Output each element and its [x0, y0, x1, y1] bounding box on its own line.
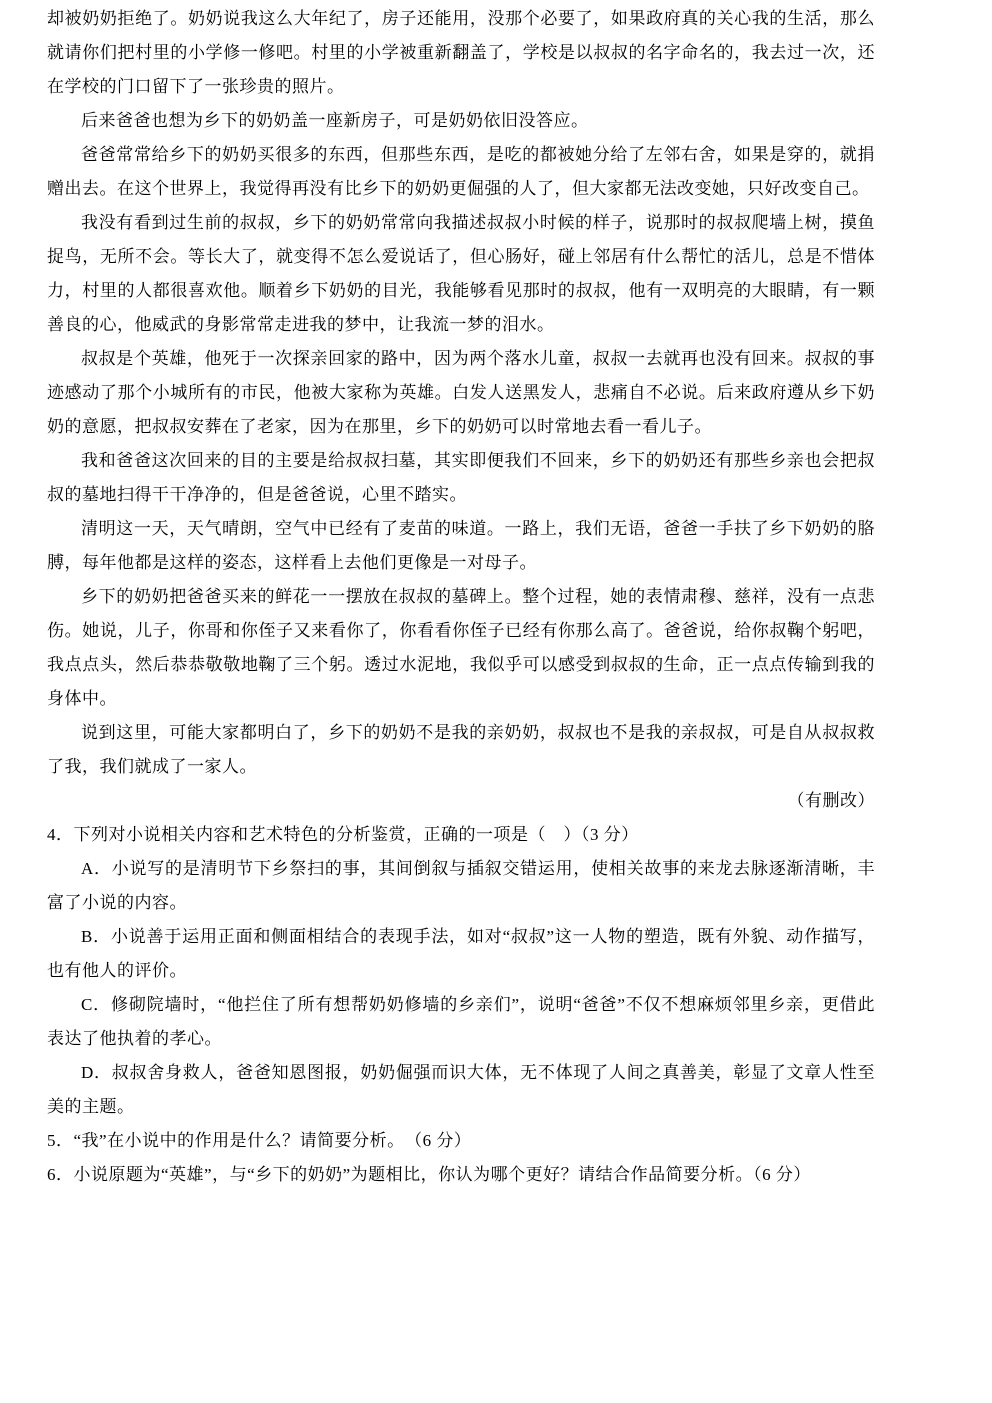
passage-paragraph-1: 却被奶奶拒绝了。奶奶说我这么大年纪了，房子还能用，没那个必要了，如果政府真的关心… [47, 2, 875, 104]
passage-paragraph-8: 乡下的奶奶把爸爸买来的鲜花一一摆放在叔叔的墓碑上。整个过程，她的表情肃穆、慈祥，… [47, 580, 875, 716]
question-4-option-a: A．小说写的是清明节下乡祭扫的事，其间倒叙与插叙交错运用，使相关故事的来龙去脉逐… [47, 852, 875, 920]
passage: 却被奶奶拒绝了。奶奶说我这么大年纪了，房子还能用，没那个必要了，如果政府真的关心… [47, 2, 875, 784]
passage-paragraph-6: 我和爸爸这次回来的目的主要是给叔叔扫墓，其实即便我们不回来，乡下的奶奶还有那些乡… [47, 444, 875, 512]
passage-paragraph-7: 清明这一天，天气晴朗，空气中已经有了麦苗的味道。一路上，我们无语，爸爸一手扶了乡… [47, 512, 875, 580]
document-page: 却被奶奶拒绝了。奶奶说我这么大年纪了，房子还能用，没那个必要了，如果政府真的关心… [47, 0, 875, 1192]
question-4-stem: 4．下列对小说相关内容和艺术特色的分析鉴赏，正确的一项是（ ）（3 分） [47, 818, 875, 852]
passage-paragraph-4: 我没有看到过生前的叔叔，乡下的奶奶常常向我描述叔叔小时候的样子，说那时的叔叔爬墙… [47, 206, 875, 342]
question-5-stem: 5．“我”在小说中的作用是什么？请简要分析。 （6 分） [47, 1124, 875, 1158]
passage-paragraph-3: 爸爸常常给乡下的奶奶买很多的东西，但那些东西，是吃的都被她分给了左邻右舍，如果是… [47, 138, 875, 206]
questions-section: 4．下列对小说相关内容和艺术特色的分析鉴赏，正确的一项是（ ）（3 分）A．小说… [47, 818, 875, 1192]
question-4-option-d: D．叔叔舍身救人，爸爸知恩图报，奶奶倔强而识大体，无不体现了人间之真善美，彰显了… [47, 1056, 875, 1124]
question-6-stem: 6．小说原题为“英雄”，与“乡下的奶奶”为题相比，你认为哪个更好？请结合作品简要… [47, 1158, 875, 1192]
passage-paragraph-9: 说到这里，可能大家都明白了，乡下的奶奶不是我的亲奶奶，叔叔也不是我的亲叔叔，可是… [47, 716, 875, 784]
passage-paragraph-5: 叔叔是个英雄，他死于一次探亲回家的路中，因为两个落水儿童，叔叔一去就再也没有回来… [47, 342, 875, 444]
passage-paragraph-2: 后来爸爸也想为乡下的奶奶盖一座新房子，可是奶奶依旧没答应。 [47, 104, 875, 138]
attribution-note: （有删改） [47, 784, 875, 818]
question-4-option-b: B．小说善于运用正面和侧面相结合的表现手法，如对“叔叔”这一人物的塑造，既有外貌… [47, 920, 875, 988]
question-4-option-c: C．修砌院墙时，“他拦住了所有想帮奶奶修墙的乡亲们”，说明“爸爸”不仅不想麻烦邻… [47, 988, 875, 1056]
